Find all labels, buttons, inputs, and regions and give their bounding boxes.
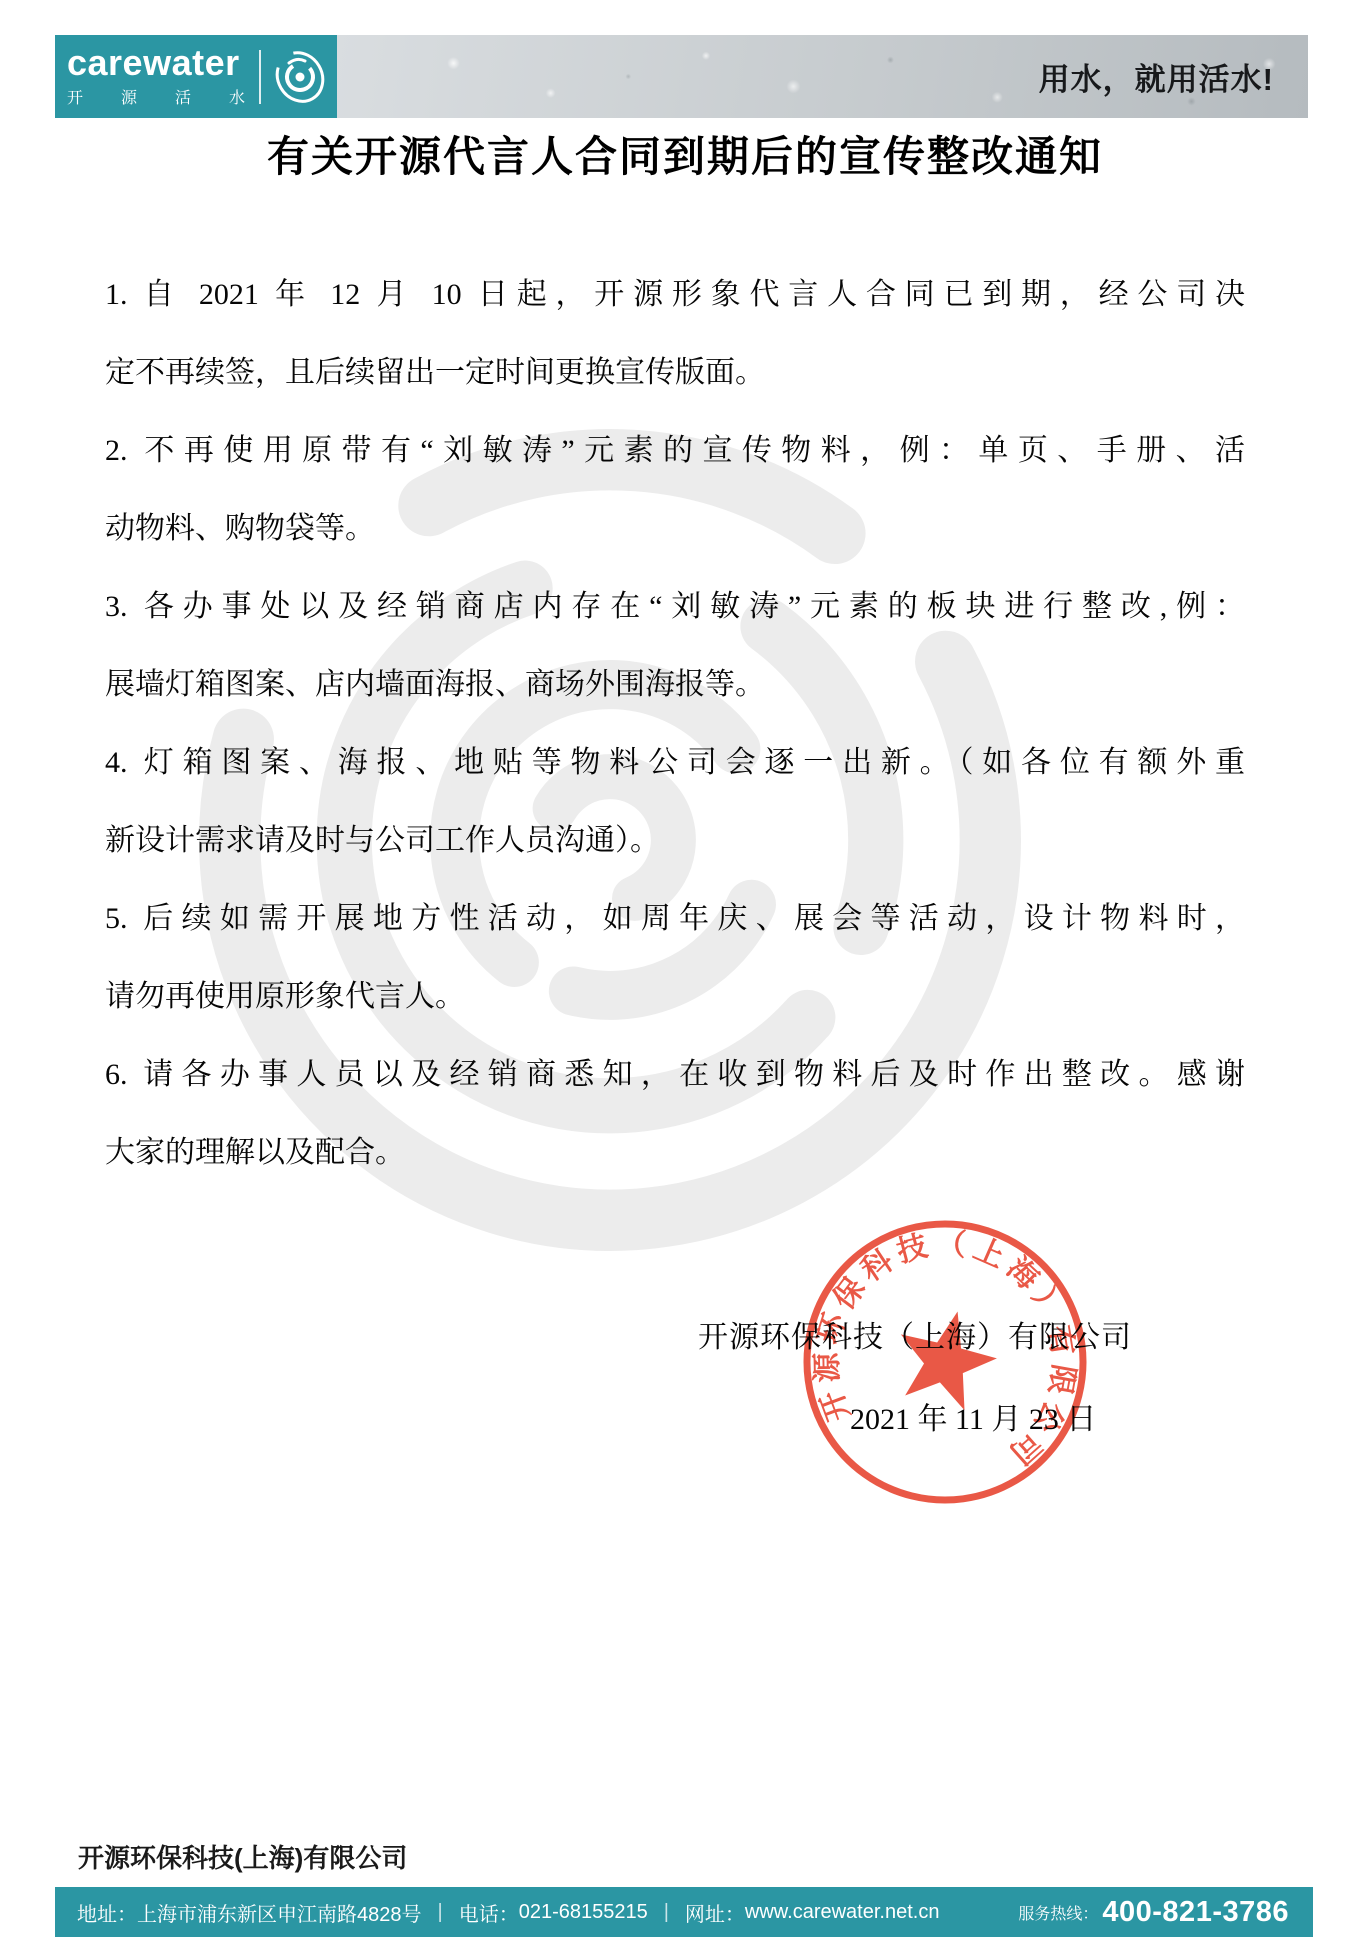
paragraph-5-line-1: 5. 后续如需开展地方性活动，如周年庆、展会等活动，设计物料时，: [105, 880, 1245, 958]
footer-separator: |: [664, 1901, 669, 1924]
water-swirl-icon: [275, 49, 325, 105]
paragraph-4-line-1: 4. 灯箱图案、海报、地贴等物料公司会逐一出新。（如各位有额外重: [105, 724, 1245, 802]
notice-page: carewater 开源活水 用水，就用活水! 有关开源代言人合同到期后的宣传整…: [0, 0, 1370, 1937]
address-value: 上海市浦东新区申江南路4828号: [137, 1898, 422, 1927]
footer-contact-info: 地址：上海市浦东新区申江南路4828号 | 电话：021-68155215 | …: [77, 1898, 939, 1927]
footer-bar: 地址：上海市浦东新区申江南路4828号 | 电话：021-68155215 | …: [55, 1887, 1313, 1937]
footer-hotline: 服务热线： 400-821-3786: [1018, 1896, 1289, 1929]
header-slogan: 用水，就用活水!: [1039, 54, 1308, 99]
water-banner: 用水，就用活水!: [337, 35, 1308, 118]
phone-value: 021-68155215: [519, 1901, 648, 1924]
footer-separator: |: [438, 1901, 443, 1924]
website-value: www.carewater.net.cn: [745, 1901, 940, 1924]
address-label: 地址：: [77, 1898, 137, 1927]
hotline-number: 400-821-3786: [1102, 1896, 1289, 1929]
paragraph-2-line-2: 动物料、购物袋等。: [105, 490, 1245, 568]
website-label: 网址：: [685, 1898, 745, 1927]
hotline-label: 服务热线：: [1018, 1901, 1098, 1924]
paragraph-1-line-2: 定不再续签，且后续留出一定时间更换宣传版面。: [105, 334, 1245, 412]
paragraph-2-line-1: 2. 不再使用原带有“刘敏涛”元素的宣传物料，例：单页、手册、活: [105, 412, 1245, 490]
paragraph-5-line-2: 请勿再使用原形象代言人。: [105, 958, 1245, 1036]
carewater-logo: carewater 开源活水: [67, 45, 245, 108]
paragraph-3-line-2: 展墙灯箱图案、店内墙面海报、商场外围海报等。: [105, 646, 1245, 724]
paragraph-3-line-1: 3. 各办事处以及经销商店内存在“刘敏涛”元素的板块进行整改,例：: [105, 568, 1245, 646]
notice-body: 1. 自 2021 年 12 月 10 日起，开源形象代言人合同已到期，经公司决…: [105, 256, 1245, 1192]
brand-block: carewater 开源活水: [55, 35, 337, 118]
footer-company: 开源环保科技(上海)有限公司: [78, 1838, 407, 1875]
letterhead: carewater 开源活水 用水，就用活水!: [55, 35, 1308, 118]
phone-label: 电话：: [459, 1898, 519, 1927]
carewater-logo-chinese: 开源活水: [67, 85, 245, 108]
carewater-logo-wordmark: carewater: [67, 45, 240, 81]
paragraph-1-line-1: 1. 自 2021 年 12 月 10 日起，开源形象代言人合同已到期，经公司决: [105, 256, 1245, 334]
logo-divider: [259, 50, 261, 104]
paragraph-6-line-2: 大家的理解以及配合。: [105, 1114, 1245, 1192]
stamp-star: [887, 1300, 1006, 1415]
paragraph-4-line-2: 新设计需求请及时与公司工作人员沟通）。: [105, 802, 1245, 880]
paragraph-6-line-1: 6. 请各办事人员以及经销商悉知，在收到物料后及时作出整改。感谢: [105, 1036, 1245, 1114]
notice-title: 有关开源代言人合同到期后的宣传整改通知: [0, 124, 1370, 184]
